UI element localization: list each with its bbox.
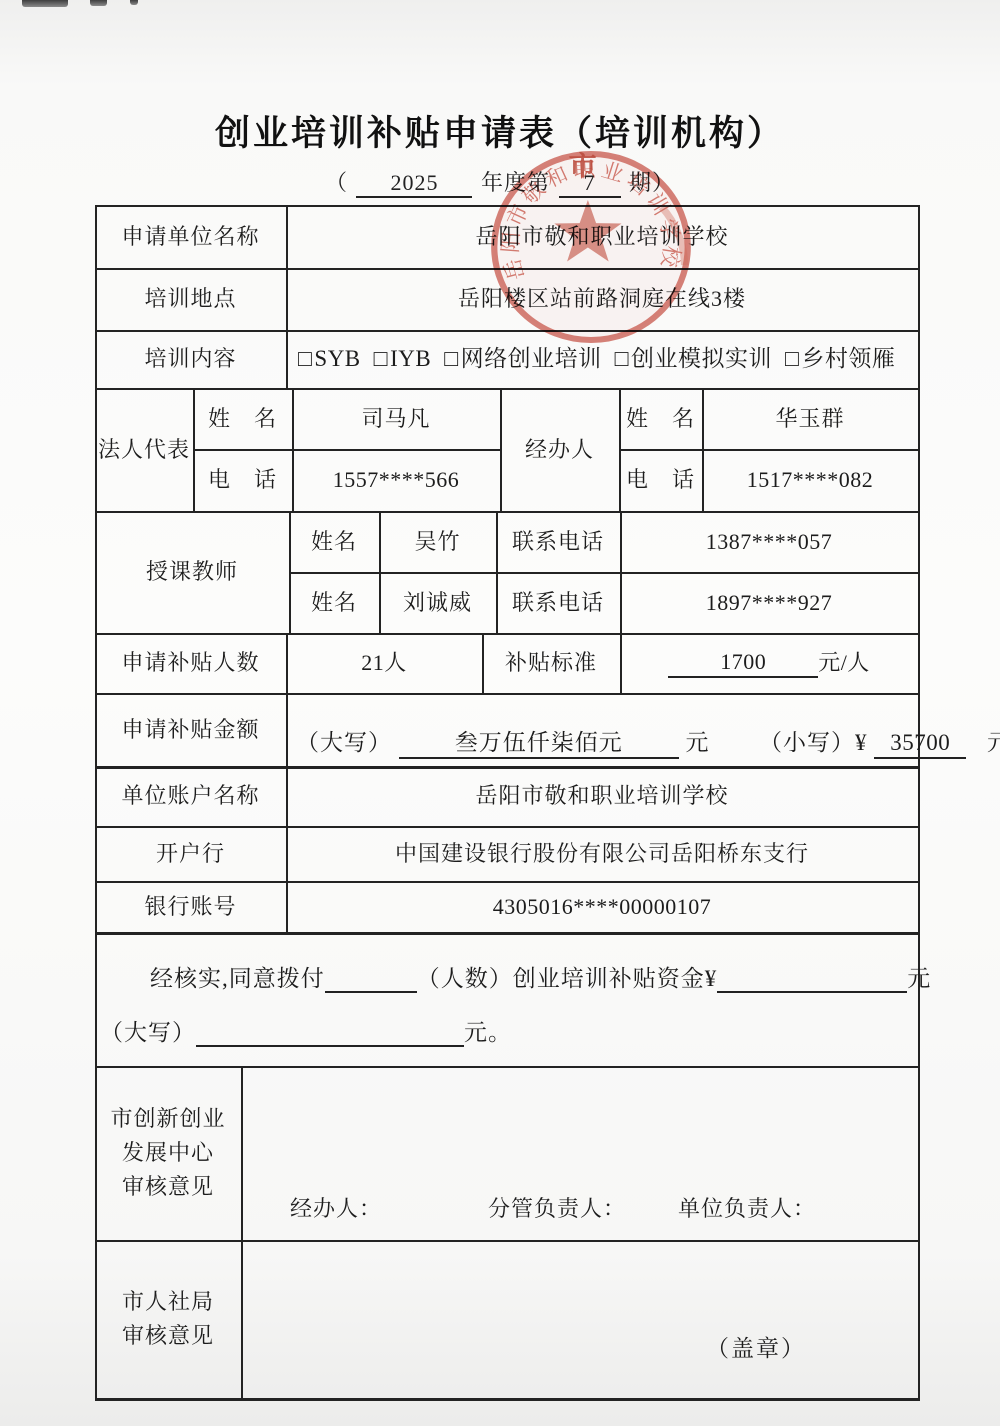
account-name-label: 单位账户名称: [95, 766, 286, 826]
subsidy-count-label: 申请补贴人数: [95, 633, 286, 693]
scanned-application-form: 创业培训补贴申请表（培训机构） （ 2025 年度第 7 期） 申请单位名称 岳…: [0, 0, 1000, 1426]
form-subtitle: （ 2025 年度第 7 期）: [0, 166, 1000, 198]
subsidy-standard-value: 1700 元/人: [620, 633, 918, 693]
subtitle-close: 期）: [629, 170, 675, 195]
subtitle-mid: 年度第: [481, 170, 550, 195]
subsidy-amount-label: 申请补贴金额: [95, 693, 286, 766]
amount-num-unit: 元: [987, 730, 1000, 755]
label-line: 审核意见: [122, 1319, 214, 1353]
amount-caps-value: 叁万伍仟柒佰元: [399, 729, 679, 759]
legal-rep-name: 司马凡: [292, 388, 500, 449]
note-text: 元: [907, 966, 931, 991]
account-number-label: 银行账号: [95, 881, 286, 932]
checkbox-icon: □: [444, 345, 458, 374]
amount-caps-label: （大写）: [296, 730, 392, 755]
note-text: （大写）: [100, 1020, 196, 1045]
note-text: 经核实,同意拨付: [150, 966, 325, 991]
teacher2-phone: 1897****927: [620, 572, 918, 633]
bank-value: 中国建设银行股份有限公司岳阳桥东支行: [286, 826, 918, 881]
amount-caps-unit: 元: [686, 730, 710, 755]
option-label: 网络创业培训: [461, 345, 602, 374]
amount-num-label: （小写）¥: [759, 730, 868, 755]
legal-rep-label: 法人代表: [95, 388, 193, 511]
teachers-label: 授课教师: [95, 511, 289, 633]
teacher1-phone: 1387****057: [620, 511, 918, 572]
checkbox-icon: □: [785, 345, 799, 374]
blank-caps-field: [196, 1019, 464, 1047]
teacher1-name: 吴竹: [379, 511, 496, 572]
handler-name: 华玉群: [702, 388, 918, 449]
legal-rep-phone: 1557****566: [292, 449, 500, 511]
checkbox-option: □创业模拟实训: [615, 345, 772, 374]
option-label: IYB: [390, 345, 431, 374]
handler-phone-label: 电 话: [619, 449, 702, 511]
toolbar-fragment-icon: [90, 0, 107, 6]
note-text: （人数）创业培训补贴资金¥: [417, 966, 718, 991]
label-line: 发展中心: [122, 1136, 214, 1170]
account-number-value: 4305016****00000107: [286, 881, 918, 932]
legal-rep-name-label: 姓 名: [193, 388, 292, 449]
checkbox-option: □乡村领雁: [785, 345, 895, 374]
subsidy-amount-value: （大写） 叁万伍仟柒佰元 元 （小写）¥ 35700 元: [296, 724, 1000, 759]
subsidy-count-value: 21人: [286, 633, 482, 693]
handler-name-label: 姓 名: [619, 388, 702, 449]
grid-line: [95, 932, 920, 935]
bureau-review-label: 市人社局 审核意见: [95, 1240, 241, 1398]
location-label: 培训地点: [95, 268, 286, 330]
approval-note-line1: 经核实,同意拨付（人数）创业培训补贴资金¥元: [150, 960, 931, 993]
year-field: 2025: [356, 170, 472, 198]
teacher1-name-label: 姓名: [289, 511, 379, 572]
grid-line: [95, 1398, 920, 1401]
handler-phone: 1517****082: [702, 449, 918, 511]
standard-amount: 1700: [668, 648, 818, 678]
teacher2-name: 刘诚威: [379, 572, 496, 633]
checkbox-icon: □: [298, 345, 312, 374]
signature-head: 单位负责人：: [678, 1192, 816, 1223]
signature-manager: 分管负责人：: [488, 1192, 626, 1223]
subsidy-standard-label: 补贴标准: [482, 633, 620, 693]
legal-rep-phone-label: 电 话: [193, 449, 292, 511]
checkbox-icon: □: [374, 345, 388, 374]
checkbox-option: □网络创业培训: [444, 345, 601, 374]
location-value: 岳阳楼区站前路洞庭在线3楼: [286, 268, 918, 330]
amount-num-value: 35700: [874, 729, 966, 759]
note-text: 元。: [464, 1020, 512, 1045]
grid-line: [241, 1066, 243, 1398]
blank-count-field: [325, 965, 417, 993]
account-name-value: 岳阳市敬和职业培训学校: [286, 766, 918, 826]
teacher1-phone-label: 联系电话: [496, 511, 620, 572]
label-line: 市创新创业: [110, 1102, 225, 1136]
standard-unit: 元/人: [818, 649, 870, 677]
option-label: 创业模拟实训: [631, 345, 772, 374]
signature-handler: 经办人：: [290, 1192, 382, 1223]
unit-name-label: 申请单位名称: [95, 205, 286, 268]
option-label: 乡村领雁: [801, 345, 895, 374]
subtitle-open: （: [325, 170, 348, 195]
label-line: 审核意见: [122, 1170, 214, 1204]
checkbox-option: □IYB: [374, 345, 432, 374]
form-title: 创业培训补贴申请表（培训机构）: [0, 106, 1000, 156]
issue-field: 7: [559, 170, 621, 198]
training-content-options: □SYB □IYB □网络创业培训 □创业模拟实训 □乡村领雁: [298, 330, 916, 388]
label-line: 市人社局: [122, 1285, 214, 1319]
seal-placeholder: （盖章）: [706, 1330, 806, 1363]
teacher2-phone-label: 联系电话: [496, 572, 620, 633]
training-content-label: 培训内容: [95, 330, 286, 388]
checkbox-option: □SYB: [298, 345, 361, 374]
handler-label: 经办人: [500, 388, 619, 511]
unit-name-value: 岳阳市敬和职业培训学校: [286, 205, 918, 268]
teacher2-name-label: 姓名: [289, 572, 379, 633]
center-review-label: 市创新创业 发展中心 审核意见: [95, 1066, 241, 1240]
toolbar-fragment-icon: [22, 0, 68, 7]
bank-label: 开户行: [95, 826, 286, 881]
toolbar-fragment-icon: [130, 0, 138, 5]
checkbox-icon: □: [615, 345, 629, 374]
blank-amount-field: [717, 965, 907, 993]
grid-line: [918, 205, 920, 1401]
option-label: SYB: [314, 345, 360, 374]
approval-note-line2: （大写）元。: [100, 1014, 512, 1047]
